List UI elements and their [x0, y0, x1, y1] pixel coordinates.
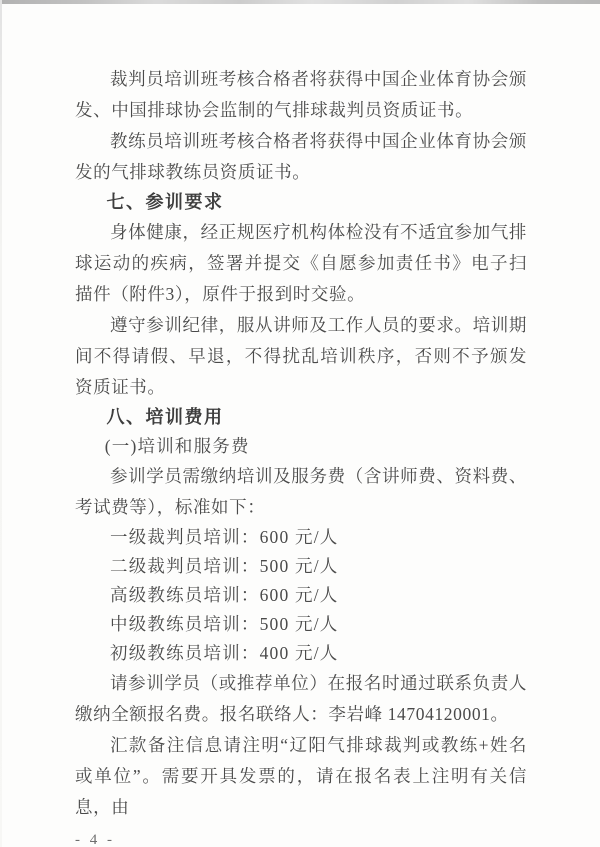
scan-left-edge-shadow	[0, 0, 2, 847]
fee-line-referee-level2: 二级裁判员培训：500 元/人	[75, 552, 527, 581]
section-heading-participation-requirements: 七、参训要求	[75, 188, 527, 217]
subsection-heading-training-service-fee: (一)培训和服务费	[75, 432, 527, 461]
fee-line-coach-junior: 初级教练员培训：400 元/人	[75, 639, 527, 668]
page-footer: - 4 -	[75, 831, 527, 847]
fee-line-coach-intermediate: 中级教练员培训：500 元/人	[75, 610, 527, 639]
paragraph-fee-standard-intro: 参训学员需缴纳培训及服务费（含讲师费、资料费、考试费等），标准如下：	[75, 461, 527, 523]
paragraph-coach-certificate: 教练员培训班考核合格者将获得中国企业体育协会颁发的气排球教练员资质证书。	[75, 126, 527, 188]
paragraph-payment-instruction: 请参训学员（或推荐单位）在报名时通过联系负责人缴纳全额报名费。报名联络人：李岩峰…	[75, 668, 527, 730]
section-heading-training-fees: 八、培训费用	[75, 403, 527, 432]
page-number: - 4 -	[75, 832, 115, 847]
document-content: 裁判员培训班考核合格者将获得中国企业体育协会颁发、中国排球协会监制的气排球裁判员…	[75, 64, 527, 847]
fee-line-referee-level1: 一级裁判员培训：600 元/人	[75, 523, 527, 552]
paragraph-referee-certificate: 裁判员培训班考核合格者将获得中国企业体育协会颁发、中国排球协会监制的气排球裁判员…	[75, 64, 527, 126]
paragraph-health-requirement: 身体健康，经正规医疗机构体检没有不适宜参加气排球运动的疾病，签署并提交《自愿参加…	[75, 217, 527, 310]
paragraph-discipline-requirement: 遵守参训纪律，服从讲师及工作人员的要求。培训期间不得请假、早退，不得扰乱培训秩序…	[75, 310, 527, 403]
scan-edge-artifact	[0, 0, 600, 4]
paragraph-remittance-note: 汇款备注信息请注明“辽阳气排球裁判或教练+姓名或单位”。需要开具发票的，请在报名…	[75, 730, 527, 823]
scanned-document-page: 裁判员培训班考核合格者将获得中国企业体育协会颁发、中国排球协会监制的气排球裁判员…	[0, 0, 600, 847]
fee-line-coach-senior: 高级教练员培训：600 元/人	[75, 581, 527, 610]
